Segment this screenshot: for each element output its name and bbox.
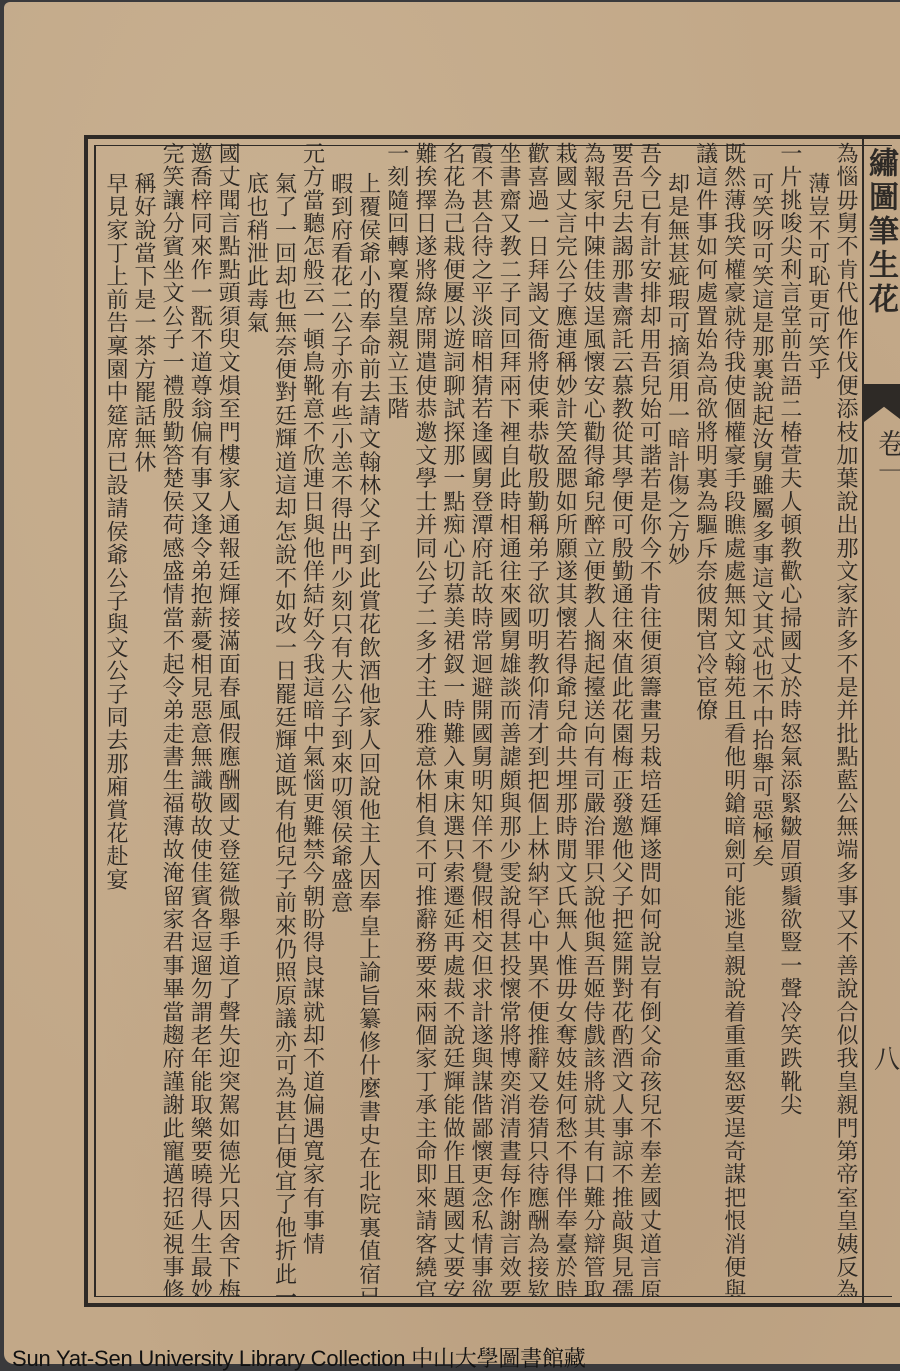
text-column: 上覆侯爺小的奉命前去請文翰林父子到此賞花飲酒他家人回說他主人因奉皇上諭旨纂修什麼… bbox=[355, 142, 383, 1297]
text-column: 稱好說當下是一茶方罷話無休 bbox=[130, 142, 158, 1297]
text-column: 一刻隨回轉稟覆皇親立玉階 bbox=[383, 142, 411, 1297]
text-column: 既然薄我笑權豪就待我使個權豪手段瞧處處無知文翰苑且看他明鎗暗劍可能逃皇親說着重重… bbox=[720, 142, 748, 1297]
text-column: 一片挑唆尖利言堂前告語二椿萱夫人頓教歡心掃國丈於時怒氣添緊皺眉頭鬚欲豎一聲冷笑跌… bbox=[776, 142, 804, 1297]
text-column: 邀喬梓同來作一翫不道尊翁偏有事又逢令弟抱薪憂相見惡意無識敬故使佳賓各逗遛勿謂老年… bbox=[186, 142, 214, 1297]
text-column: 歡喜過一日拜謁文衙將使乘恭敬殷勤稱弟子欲叨明教仰清才到把個上林納罕心中異不便推辭… bbox=[523, 142, 551, 1297]
page-number: 八 bbox=[874, 1039, 900, 1076]
text-column: 議這件事如何處置始為高欲將明裏為驅斥奈彼閑官冷宦僚 bbox=[692, 142, 720, 1297]
text-column: 國丈聞言點點頭須臾文熉至門樓家人通報廷輝接滿面春風假應酬國丈登筵微舉手道了聲失迎… bbox=[214, 142, 242, 1297]
text-column: 暇到府看花二公子亦有些小恙不得出門少刻只有大公子到來叨領侯爺盛意 bbox=[327, 142, 355, 1297]
text-column: 坐書齋又教二子同回拜兩下裡自此時相通往來國舅雄談而善謔頗與那少雯說得甚投懷常將博… bbox=[495, 142, 523, 1297]
text-column: 可笑呀可笑這是那裏說起汝舅雖屬多事這文其忒也不中抬舉可惡極矣 bbox=[748, 142, 776, 1297]
text-column: 氣了一回却也無奈便對廷輝道這却怎說不如改一日罷廷輝道既有他兒子前來仍照原議亦可為… bbox=[270, 142, 298, 1297]
chapter-label: 卷一 bbox=[870, 429, 900, 485]
text-column: 早見家丁上前告稟園中筵席已設請侯爺公子與文公子同去那廂賞花赴宴 bbox=[102, 142, 130, 1297]
text-column: 難挨擇日遂將綠席開遣使恭邀文學士并同公子二多才主人雅意休相負不可推辭務要來兩個家… bbox=[411, 142, 439, 1297]
text-columns: 為惱毋舅不肯代他作伐便添枝加葉說出那文家許多不是并批點藍公無端多事又不善說合似我… bbox=[102, 142, 860, 1297]
text-column: 名花為己栽便屢以遊詞聊試探那一點痴心切慕美裙釵一時難入東床選只索遷延再處裁不說廷… bbox=[439, 142, 467, 1297]
fish-tail-mark-icon bbox=[864, 384, 900, 422]
page-margin-strip: 繡圖筆生花 卷一 八 bbox=[862, 135, 900, 1307]
text-column: 却是無甚疵瑕可摘須用一暗計傷之方妙 bbox=[663, 142, 691, 1297]
book-page: 繡圖筆生花 卷一 八 為惱毋舅不肯代他作伐便添枝加葉說出那文家許多不是并批點藍公… bbox=[4, 2, 900, 1364]
text-column: 元方當聽怎般云一頓鳥靴意不欣連日與他佯結好今我這暗中氣惱更難禁今朝盼得良謀就却不… bbox=[298, 142, 326, 1297]
book-margin-title: 繡圖筆生花 bbox=[868, 147, 900, 317]
text-column: 吾今已有計安排却用吾兒始可諧若是你今不肯往便須籌畫另栽培廷輝遂問如何說豈有倒父命… bbox=[635, 142, 663, 1297]
text-column: 霞不甚合待之平淡暗相猜若逢國舅登潭府託故時常迴避開國舅明知佯不覺假相交但求計遂與… bbox=[467, 142, 495, 1297]
text-column: 薄豈不可恥更可笑乎 bbox=[804, 142, 832, 1297]
text-column: 為惱毋舅不肯代他作伐便添枝加葉說出那文家許多不是并批點藍公無端多事又不善說合似我… bbox=[832, 142, 860, 1297]
text-column: 要吾兒去謁那書齋託云慕教從其學便可殷勤通往來值此花園梅正發邀他父子把筵開對花酌酒… bbox=[607, 142, 635, 1297]
text-column: 為報家中陳佳妓逞風懷安心勸得爺兒醉立便教人搁起擡送向有司嚴治罪只說他與吾姬侍戲該… bbox=[579, 142, 607, 1297]
text-column: 栽國丈言完公子應連稱妙計笑盈腮如所願遂其懷若得爺兒命共埋那時閒文氏無人惟毋女奪妓… bbox=[551, 142, 579, 1297]
text-column: 底也稍泄此毒氣 bbox=[242, 142, 270, 1297]
library-watermark-caption: Sun Yat-Sen University Library Collectio… bbox=[12, 1342, 586, 1371]
text-column: 完笑讓分賓坐文公子一禮殷勤答楚侯荷感盛情當不起令弟走書生福薄故淹留家君事畢當趨府… bbox=[158, 142, 186, 1297]
